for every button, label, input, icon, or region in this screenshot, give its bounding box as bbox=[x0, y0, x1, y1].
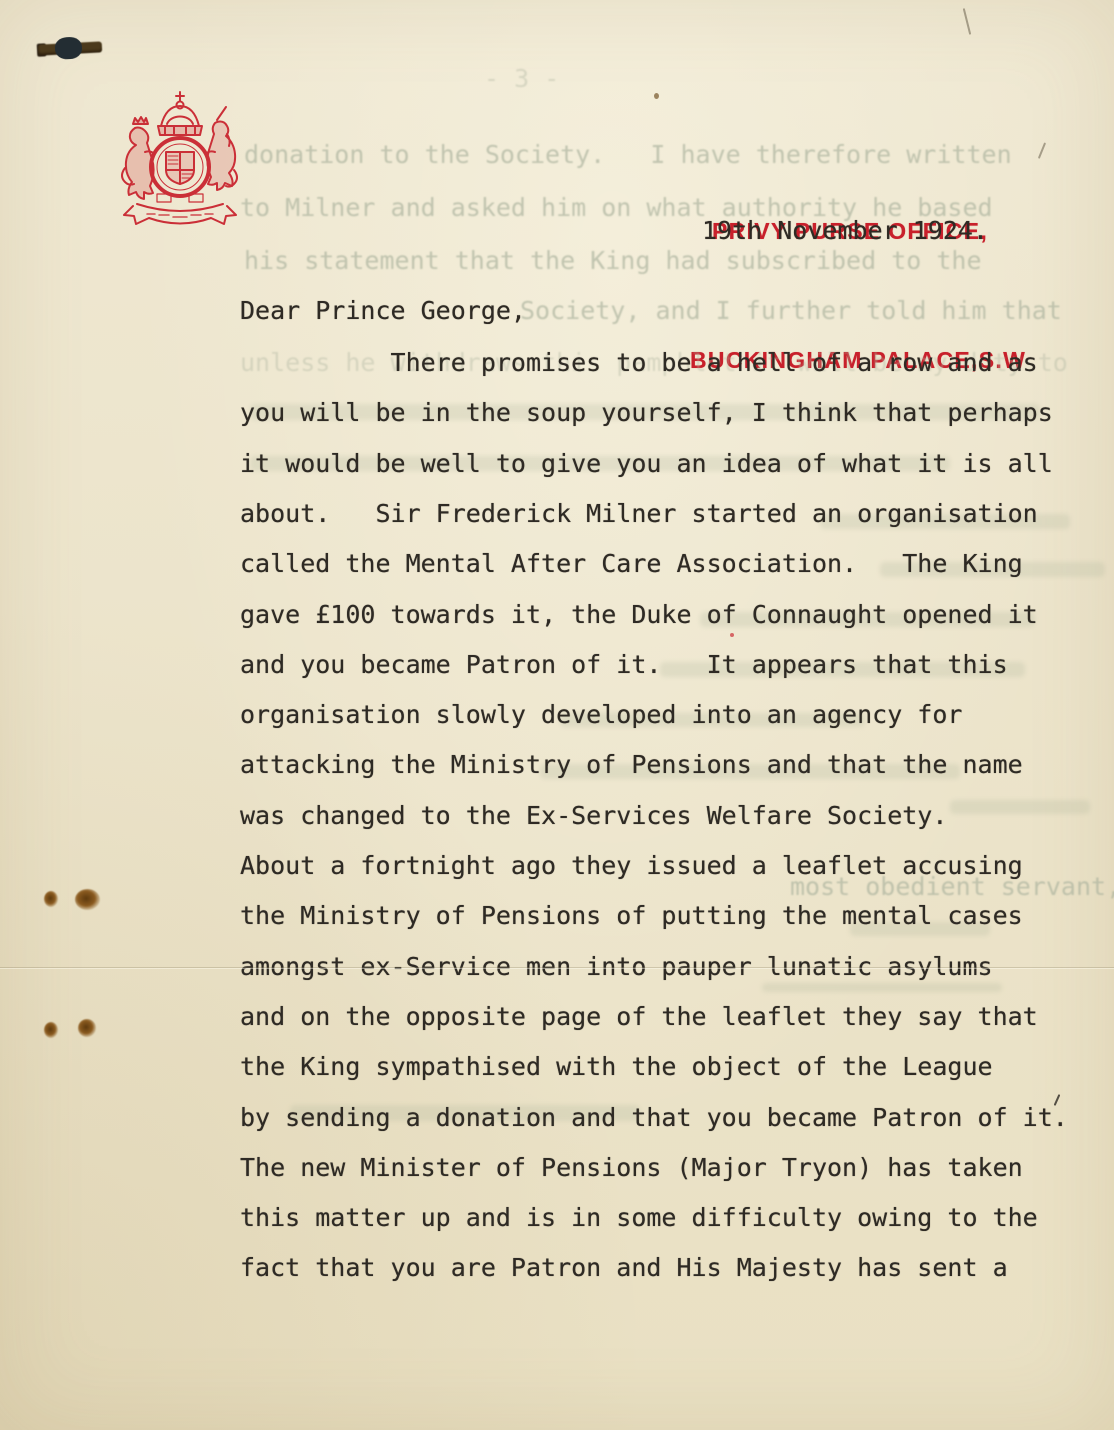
showthrough-smudge-9 bbox=[950, 800, 1090, 814]
letter-line-8: organisation slowly developed into an ag… bbox=[240, 702, 962, 728]
letter-line-15: the King sympathised with the object of … bbox=[240, 1054, 993, 1080]
letter-line-2: you will be in the soup yourself, I thin… bbox=[240, 400, 1053, 426]
staple-mark bbox=[37, 34, 104, 63]
letter-line-19: fact that you are Patron and His Majesty… bbox=[240, 1255, 1008, 1281]
showthrough-line-1: - 3 - bbox=[484, 66, 559, 92]
hairline-scratch-1 bbox=[963, 8, 971, 35]
showthrough-line-2: donation to the Society. I have therefor… bbox=[244, 142, 1012, 168]
royal-coat-of-arms-icon bbox=[113, 90, 247, 233]
royal-crest bbox=[113, 90, 247, 233]
foxing-spot-1 bbox=[44, 891, 58, 907]
paper-speck-2 bbox=[730, 633, 734, 637]
hairline-scratch-2 bbox=[1038, 142, 1046, 158]
letter-line-18: this matter up and is in some difficulty… bbox=[240, 1205, 1038, 1231]
letter-line-6: gave £100 towards it, the Duke of Connau… bbox=[240, 602, 1038, 628]
letter-line-14: and on the opposite page of the leaflet … bbox=[240, 1004, 1038, 1030]
foxing-spot-3 bbox=[44, 1022, 58, 1038]
letter-line-17: The new Minister of Pensions (Major Tryo… bbox=[240, 1155, 1023, 1181]
letter-line-1: There promises to be a hell of a row and… bbox=[240, 350, 1038, 376]
letter-line-16: by sending a donation and that you becam… bbox=[240, 1105, 1068, 1131]
letter-line-5: called the Mental After Care Association… bbox=[240, 551, 1023, 577]
letter-line-10: was changed to the Ex-Services Welfare S… bbox=[240, 803, 947, 829]
showthrough-line-5: Society, and I further told him that bbox=[520, 298, 1062, 324]
letter-line-7: and you became Patron of it. It appears … bbox=[240, 652, 1008, 678]
staple-head bbox=[54, 36, 82, 59]
showthrough-smudge-11 bbox=[762, 983, 1002, 992]
foxing-spot-2 bbox=[75, 889, 100, 910]
letter-line-12: the Ministry of Pensions of putting the … bbox=[240, 903, 1023, 929]
salutation: Dear Prince George, bbox=[240, 298, 526, 324]
letter-page: PRIVY PURSE OFFICE, BUCKINGHAM PALACE,S.… bbox=[0, 0, 1114, 1430]
letter-line-4: about. Sir Frederick Milner started an o… bbox=[240, 501, 1038, 527]
letter-line-11: About a fortnight ago they issued a leaf… bbox=[240, 853, 1023, 879]
showthrough-line-4: his statement that the King had subscrib… bbox=[244, 248, 982, 274]
paper-speck-1 bbox=[654, 93, 659, 99]
letter-line-9: attacking the Ministry of Pensions and t… bbox=[240, 752, 1023, 778]
fold-crease bbox=[0, 967, 1114, 968]
letter-line-3: it would be well to give you an idea of … bbox=[240, 451, 1053, 477]
foxing-spot-4 bbox=[78, 1019, 96, 1037]
date-line: 19th November 1924. bbox=[702, 218, 988, 244]
